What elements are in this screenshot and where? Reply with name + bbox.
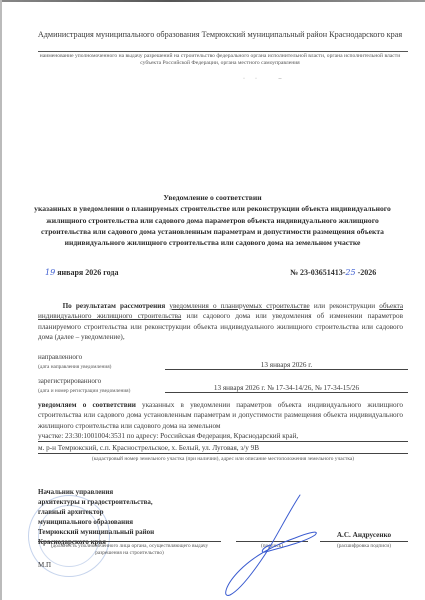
document-date: 19 января 2026 года — [45, 268, 118, 277]
title-line1: Уведомление о соответствии — [30, 192, 395, 203]
position-caption: (должность уполномоченного лица органа, … — [38, 543, 221, 557]
number-prefix: № 23-03651413- — [290, 268, 345, 277]
date-rest: января 2026 года — [55, 268, 118, 277]
sent-date-value: 13 января 2026 г. — [165, 361, 408, 370]
document-number: № 23-03651413-25 -2026 — [290, 268, 376, 277]
document-title: Уведомление о соответствии указанных в у… — [30, 192, 395, 248]
seal-label: М.П — [38, 561, 51, 569]
review-bold: По результатам рассмотрения — [63, 302, 166, 310]
name-underline — [320, 541, 408, 542]
signatory-position: Начальник управления архитектуры и градо… — [38, 487, 154, 547]
divider — [38, 51, 408, 52]
sent-label: направленного — [38, 353, 82, 361]
organization-name: Администрация муниципального образования… — [30, 30, 410, 40]
registered-label: зарегистрированного — [38, 377, 101, 385]
handwritten-day: 19 — [45, 268, 55, 277]
position-line4: муниципального образования — [38, 517, 154, 527]
position-underline — [38, 541, 221, 542]
number-suffix: -2026 — [356, 268, 377, 277]
position-line2: архитектуры и градостроительства, — [38, 497, 154, 507]
signatory-name: А.С. Андрусенко — [320, 531, 408, 539]
sent-caption: (дата направления уведомления) — [38, 364, 111, 370]
registered-value: 13 января 2026 г. № 17-34-14/26, № 17-34… — [165, 384, 408, 393]
address-line1: участке: 23:30:1001004:3531 по адресу: Р… — [38, 431, 408, 442]
name-caption: (расшифровка подписи) — [320, 543, 408, 549]
scan-edge-top — [0, 0, 425, 2]
handwritten-number: 25 — [345, 268, 355, 277]
review-text1: или реконструкции — [310, 302, 379, 310]
review-underlined1: уведомления о планируемых строительстве — [169, 302, 309, 310]
position-line3: главный архитектор — [38, 507, 154, 517]
address-caption: (кадастровый номер земельного участка (п… — [38, 456, 408, 462]
scan-marks: ·· ‒ — [243, 76, 292, 82]
title-body: указанных в уведомлении о планируемых ст… — [30, 203, 395, 248]
position-line5: Темрюкский муниципальный район — [38, 527, 154, 537]
address-line2: м. р-н Темрюкский, с.п. Краснострельское… — [38, 443, 408, 454]
handwritten-signature-icon — [200, 490, 330, 600]
registered-caption: (дата и номер регистрации уведомления) — [38, 388, 130, 394]
scan-edge-left — [0, 0, 2, 600]
paragraph-notification: уведомляем о соответствии указанных в ув… — [38, 400, 403, 431]
organization-caption: наименование уполномоченного на выдачу р… — [30, 53, 410, 68]
notify-bold: уведомляем о соответствии — [38, 401, 136, 409]
paragraph-review: По результатам рассмотрения уведомления … — [38, 301, 403, 343]
position-line1: Начальник управления — [38, 487, 154, 497]
